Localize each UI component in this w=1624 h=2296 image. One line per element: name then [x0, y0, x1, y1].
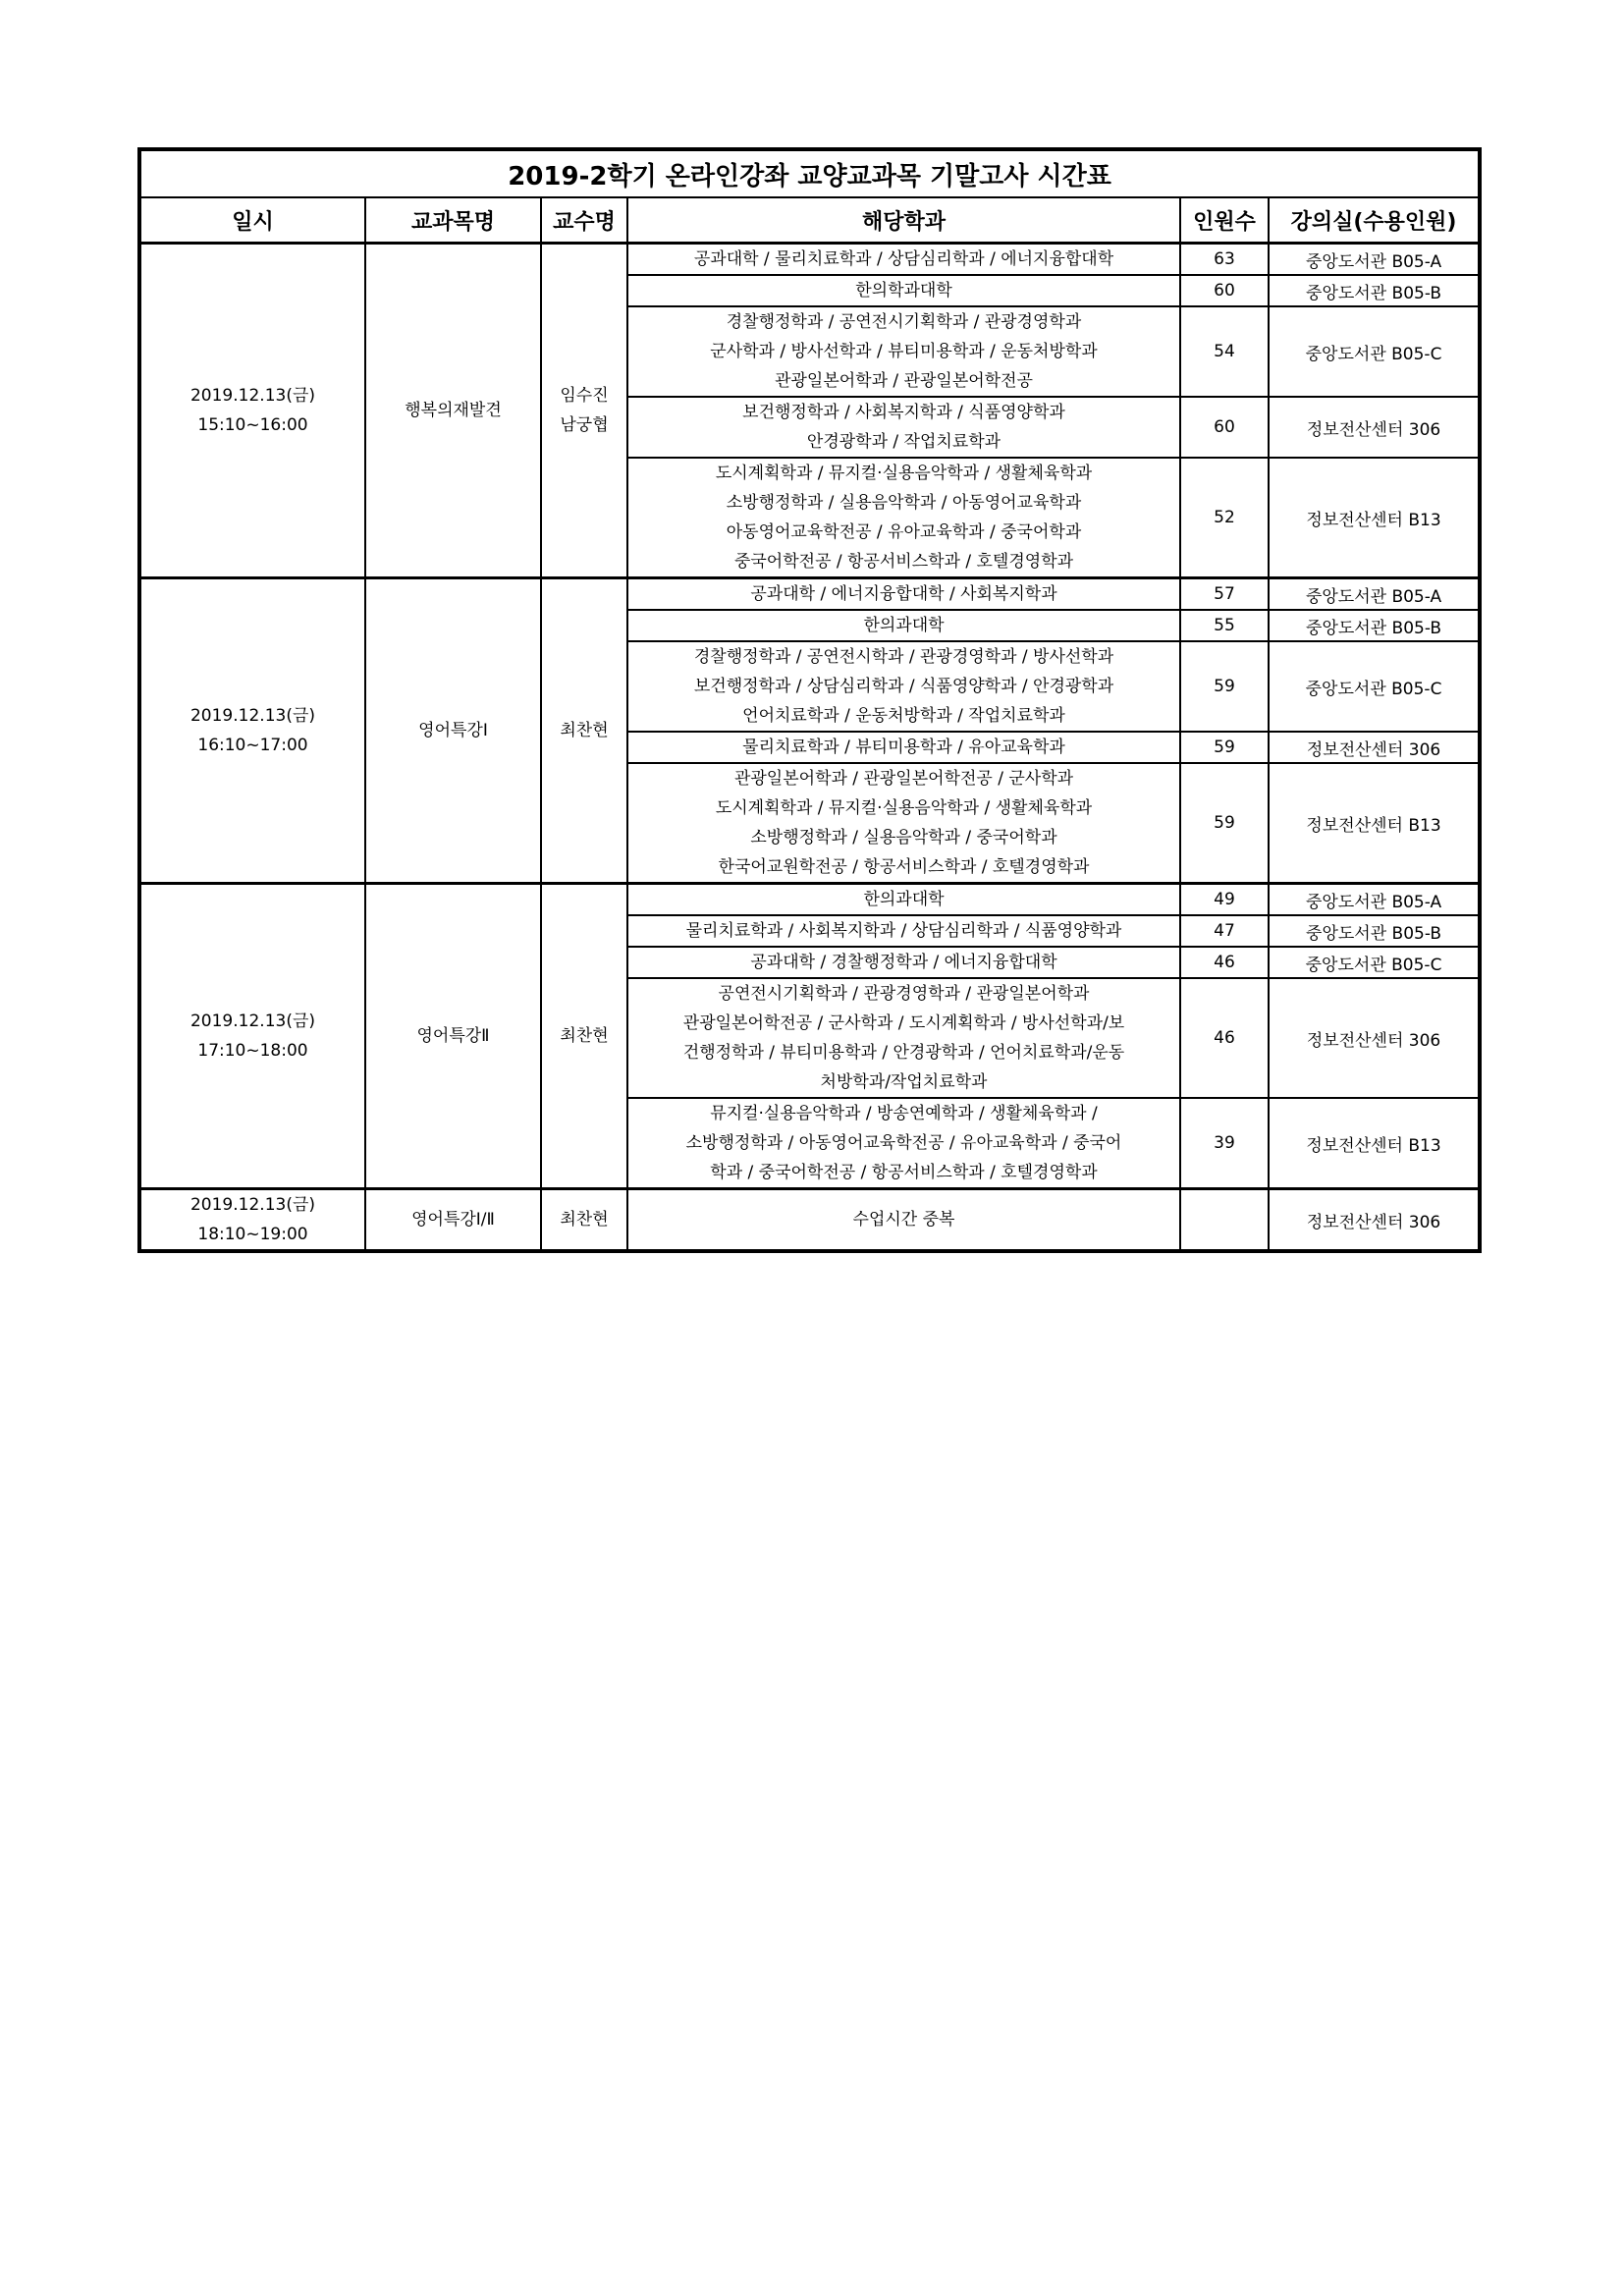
department-line: 학과 / 중국어학전공 / 항공서비스학과 / 호텔경영학과 [630, 1158, 1177, 1187]
exam-time: 16:10~17:00 [143, 731, 362, 760]
student-count: 52 [1180, 458, 1269, 578]
departments-cell: 경찰행정학과 / 공연전시기획학과 / 관광경영학과군사학과 / 방사선학과 /… [627, 306, 1180, 397]
department-line: 경찰행정학과 / 공연전시기획학과 / 관광경영학과 [630, 307, 1177, 337]
departments-cell: 수업시간 중복 [627, 1189, 1180, 1252]
professor-line: 임수진 [544, 381, 624, 410]
student-count: 60 [1180, 275, 1269, 306]
table-row: 2019.12.13(금)18:10~19:00영어특강Ⅰ/Ⅱ최찬현수업시간 중… [139, 1189, 1480, 1252]
student-count: 63 [1180, 244, 1269, 276]
department-line: 경찰행정학과 / 공연전시학과 / 관광경영학과 / 방사선학과 [630, 642, 1177, 672]
departments-cell: 한의과대학 [627, 610, 1180, 641]
department-line: 보건행정학과 / 사회복지학과 / 식품영양학과 [630, 398, 1177, 427]
header-professor: 교수명 [541, 197, 627, 244]
exam-schedule-page: 2019-2학기 온라인강좌 교양교과목 기말고사 시간표 일시 교과목명 교수… [137, 147, 1478, 1253]
exam-room: 정보전산센터 306 [1269, 397, 1480, 458]
table-row: 2019.12.13(금)15:10~16:00행복의재발견임수진남궁협공과대학… [139, 244, 1480, 276]
department-line: 공연전시기획학과 / 관광경영학과 / 관광일본어학과 [630, 979, 1177, 1009]
department-line: 관광일본어학과 / 관광일본어학전공 [630, 366, 1177, 396]
department-line: 공과대학 / 에너지융합대학 / 사회복지학과 [630, 579, 1177, 609]
exam-room: 정보전산센터 B13 [1269, 763, 1480, 884]
professor-line: 남궁협 [544, 410, 624, 440]
exam-time: 15:10~16:00 [143, 410, 362, 440]
departments-cell: 공과대학 / 경찰행정학과 / 에너지융합대학 [627, 947, 1180, 978]
professor-line: 최찬현 [544, 1021, 624, 1051]
departments-cell: 경찰행정학과 / 공연전시학과 / 관광경영학과 / 방사선학과보건행정학과 /… [627, 641, 1180, 732]
departments-cell: 도시계획학과 / 뮤지컬·실용음악학과 / 생활체육학과소방행정학과 / 실용음… [627, 458, 1180, 578]
exam-datetime: 2019.12.13(금)16:10~17:00 [139, 578, 365, 884]
exam-datetime: 2019.12.13(금)18:10~19:00 [139, 1189, 365, 1252]
department-line: 처방학과/작업치료학과 [630, 1067, 1177, 1097]
department-line: 아동영어교육학전공 / 유아교육학과 / 중국어학과 [630, 518, 1177, 547]
department-line: 군사학과 / 방사선학과 / 뷰티미용학과 / 운동처방학과 [630, 337, 1177, 366]
exam-room: 중앙도서관 B05-C [1269, 641, 1480, 732]
exam-room: 정보전산센터 B13 [1269, 458, 1480, 578]
department-line: 공과대학 / 물리치료학과 / 상담심리학과 / 에너지융합대학 [630, 245, 1177, 274]
course-name: 영어특강Ⅱ [365, 884, 541, 1189]
student-count: 54 [1180, 306, 1269, 397]
exam-date: 2019.12.13(금) [143, 1190, 362, 1220]
exam-room: 정보전산센터 306 [1269, 732, 1480, 763]
professor-name: 최찬현 [541, 578, 627, 884]
professor-name: 최찬현 [541, 884, 627, 1189]
exam-date: 2019.12.13(금) [143, 1007, 362, 1036]
exam-time: 18:10~19:00 [143, 1220, 362, 1249]
table-row: 2019.12.13(금)16:10~17:00영어특강Ⅰ최찬현공과대학 / 에… [139, 578, 1480, 611]
student-count [1180, 1189, 1269, 1252]
department-line: 소방행정학과 / 실용음악학과 / 아동영어교육학과 [630, 488, 1177, 518]
exam-schedule-table: 2019-2학기 온라인강좌 교양교과목 기말고사 시간표 일시 교과목명 교수… [137, 147, 1482, 1253]
course-name: 영어특강Ⅰ/Ⅱ [365, 1189, 541, 1252]
student-count: 46 [1180, 947, 1269, 978]
department-line: 언어치료학과 / 운동처방학과 / 작업치료학과 [630, 701, 1177, 731]
table-title: 2019-2학기 온라인강좌 교양교과목 기말고사 시간표 [139, 149, 1480, 197]
schedule-body: 2019.12.13(금)15:10~16:00행복의재발견임수진남궁협공과대학… [139, 244, 1480, 1252]
department-line: 건행정학과 / 뷰티미용학과 / 안경광학과 / 언어치료학과/운동 [630, 1038, 1177, 1067]
departments-cell: 공연전시기획학과 / 관광경영학과 / 관광일본어학과관광일본어학전공 / 군사… [627, 978, 1180, 1098]
header-course: 교과목명 [365, 197, 541, 244]
exam-room: 중앙도서관 B05-C [1269, 947, 1480, 978]
exam-datetime: 2019.12.13(금)15:10~16:00 [139, 244, 365, 578]
exam-room: 정보전산센터 B13 [1269, 1098, 1480, 1189]
exam-room: 중앙도서관 B05-B [1269, 915, 1480, 947]
student-count: 55 [1180, 610, 1269, 641]
exam-room: 정보전산센터 306 [1269, 1189, 1480, 1252]
header-count: 인원수 [1180, 197, 1269, 244]
student-count: 47 [1180, 915, 1269, 947]
professor-line: 최찬현 [544, 1205, 624, 1234]
department-line: 도시계획학과 / 뮤지컬·실용음악학과 / 생활체육학과 [630, 793, 1177, 823]
header-date: 일시 [139, 197, 365, 244]
exam-room: 중앙도서관 B05-A [1269, 884, 1480, 916]
exam-time: 17:10~18:00 [143, 1036, 362, 1066]
departments-cell: 물리치료학과 / 사회복지학과 / 상담심리학과 / 식품영양학과 [627, 915, 1180, 947]
department-line: 소방행정학과 / 실용음악학과 / 중국어학과 [630, 823, 1177, 852]
course-name: 영어특강Ⅰ [365, 578, 541, 884]
departments-cell: 뮤지컬·실용음악학과 / 방송연예학과 / 생활체육학과 /소방행정학과 / 아… [627, 1098, 1180, 1189]
exam-room: 중앙도서관 B05-A [1269, 244, 1480, 276]
department-line: 도시계획학과 / 뮤지컬·실용음악학과 / 생활체육학과 [630, 459, 1177, 488]
student-count: 59 [1180, 763, 1269, 884]
student-count: 39 [1180, 1098, 1269, 1189]
departments-cell: 한의과대학 [627, 884, 1180, 916]
course-name: 행복의재발견 [365, 244, 541, 578]
student-count: 59 [1180, 641, 1269, 732]
exam-room: 중앙도서관 B05-C [1269, 306, 1480, 397]
exam-room: 중앙도서관 B05-B [1269, 610, 1480, 641]
professor-name: 최찬현 [541, 1189, 627, 1252]
department-line: 한의과대학 [630, 611, 1177, 640]
department-line: 물리치료학과 / 뷰티미용학과 / 유아교육학과 [630, 733, 1177, 762]
student-count: 57 [1180, 578, 1269, 611]
department-line: 안경광학과 / 작업치료학과 [630, 427, 1177, 457]
departments-cell: 공과대학 / 물리치료학과 / 상담심리학과 / 에너지융합대학 [627, 244, 1180, 276]
table-row: 2019.12.13(금)17:10~18:00영어특강Ⅱ최찬현한의과대학49중… [139, 884, 1480, 916]
student-count: 60 [1180, 397, 1269, 458]
exam-room: 중앙도서관 B05-A [1269, 578, 1480, 611]
department-line: 보건행정학과 / 상담심리학과 / 식품영양학과 / 안경광학과 [630, 672, 1177, 701]
header-room: 강의실(수용인원) [1269, 197, 1480, 244]
departments-cell: 공과대학 / 에너지융합대학 / 사회복지학과 [627, 578, 1180, 611]
department-line: 한의학과대학 [630, 276, 1177, 305]
department-line: 관광일본어학과 / 관광일본어학전공 / 군사학과 [630, 764, 1177, 793]
student-count: 46 [1180, 978, 1269, 1098]
department-line: 소방행정학과 / 아동영어교육학전공 / 유아교육학과 / 중국어 [630, 1128, 1177, 1158]
departments-cell: 물리치료학과 / 뷰티미용학과 / 유아교육학과 [627, 732, 1180, 763]
professor-line: 최찬현 [544, 716, 624, 745]
departments-cell: 보건행정학과 / 사회복지학과 / 식품영양학과안경광학과 / 작업치료학과 [627, 397, 1180, 458]
header-departments: 해당학과 [627, 197, 1180, 244]
exam-date: 2019.12.13(금) [143, 381, 362, 410]
exam-room: 중앙도서관 B05-B [1269, 275, 1480, 306]
department-line: 중국어학전공 / 항공서비스학과 / 호텔경영학과 [630, 547, 1177, 576]
department-line: 한의과대학 [630, 885, 1177, 914]
department-line: 물리치료학과 / 사회복지학과 / 상담심리학과 / 식품영양학과 [630, 916, 1177, 946]
exam-date: 2019.12.13(금) [143, 701, 362, 731]
departments-cell: 관광일본어학과 / 관광일본어학전공 / 군사학과도시계획학과 / 뮤지컬·실용… [627, 763, 1180, 884]
student-count: 59 [1180, 732, 1269, 763]
department-line: 관광일본어학전공 / 군사학과 / 도시계획학과 / 방사선학과/보 [630, 1009, 1177, 1038]
student-count: 49 [1180, 884, 1269, 916]
departments-cell: 한의학과대학 [627, 275, 1180, 306]
department-line: 공과대학 / 경찰행정학과 / 에너지융합대학 [630, 948, 1177, 977]
department-line: 뮤지컬·실용음악학과 / 방송연예학과 / 생활체육학과 / [630, 1099, 1177, 1128]
department-line: 수업시간 중복 [630, 1205, 1177, 1234]
exam-room: 정보전산센터 306 [1269, 978, 1480, 1098]
exam-datetime: 2019.12.13(금)17:10~18:00 [139, 884, 365, 1189]
professor-name: 임수진남궁협 [541, 244, 627, 578]
department-line: 한국어교원학전공 / 항공서비스학과 / 호텔경영학과 [630, 852, 1177, 882]
